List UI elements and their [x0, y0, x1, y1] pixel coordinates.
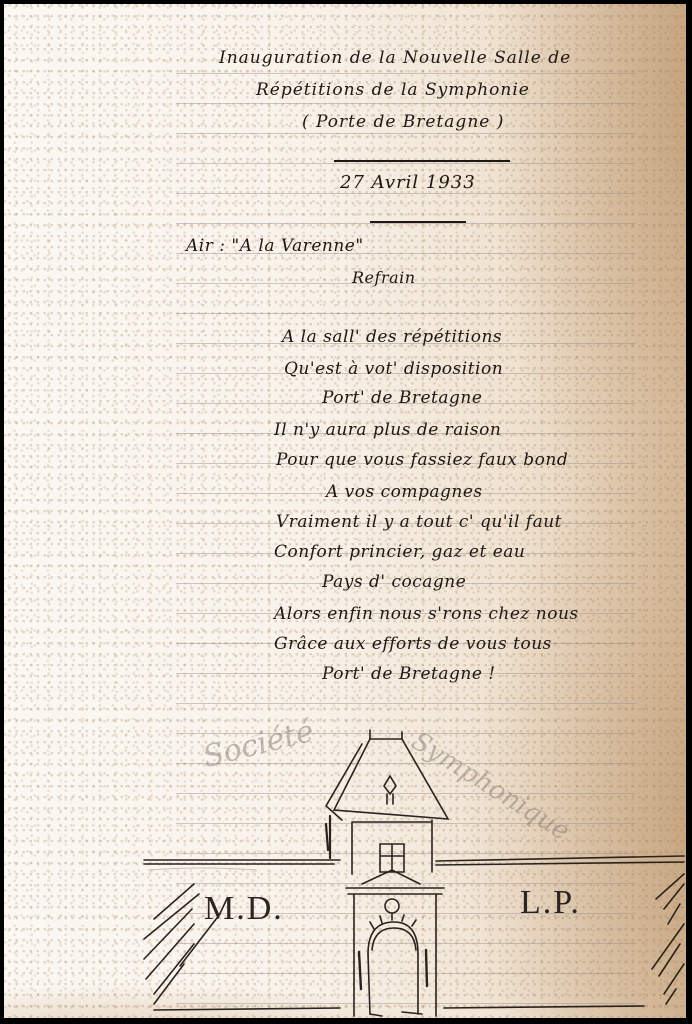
handwritten-page: Inauguration de la Nouvelle Salle de Rép…	[4, 4, 686, 1018]
initials-left: M.D.	[204, 890, 284, 928]
tower-gate-sketch	[4, 4, 686, 1018]
initials-right: L.P.	[520, 884, 581, 922]
